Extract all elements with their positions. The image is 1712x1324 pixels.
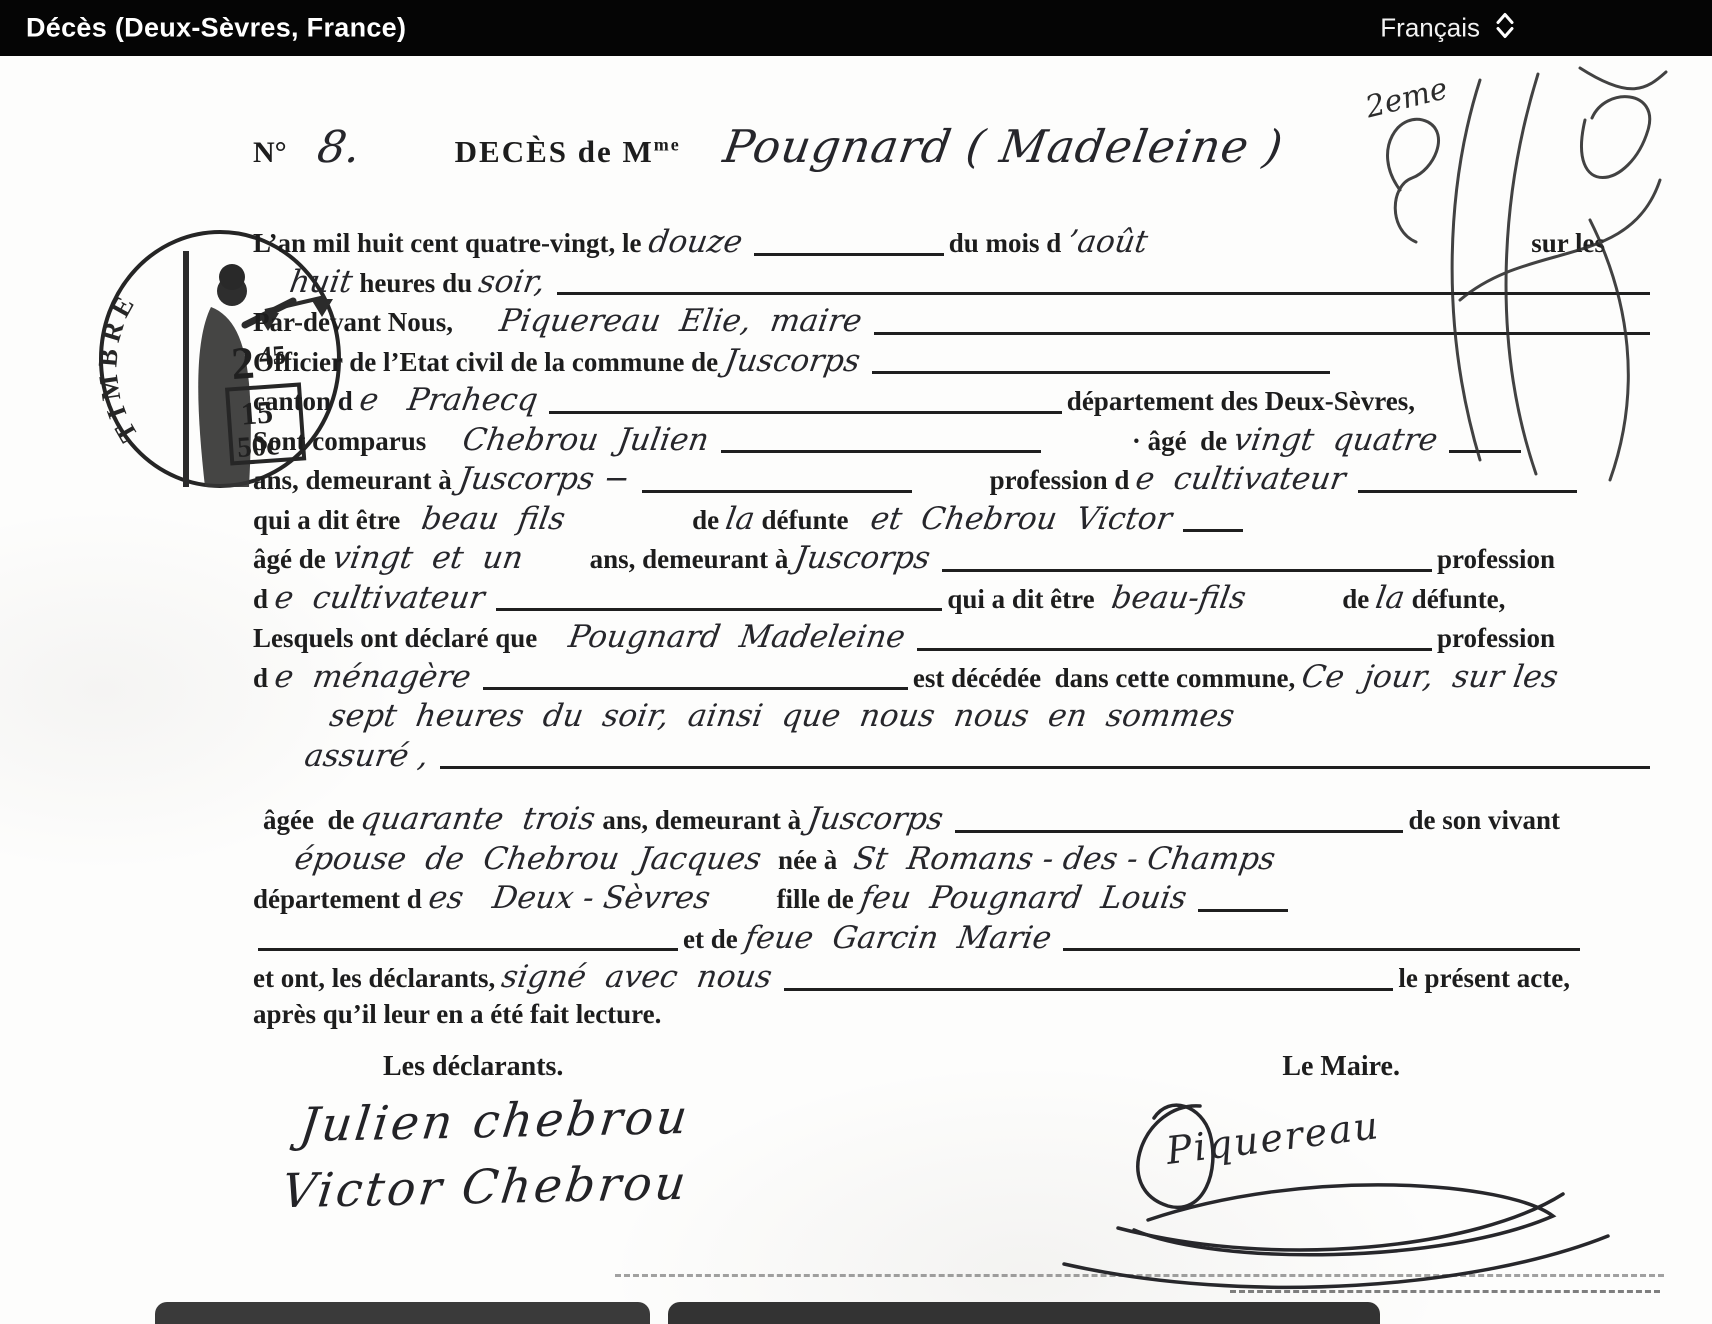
fill-rule-line — [1358, 490, 1577, 493]
document-line: canton de Prahecqdépartement des Deux-Sè… — [253, 382, 1655, 422]
corner-annotation-text: 2eme — [1361, 71, 1451, 125]
handwritten-entry-text: la — [716, 501, 764, 537]
document-line: et defeue Garcin Marie — [253, 920, 1655, 960]
printed-form-text: et de — [683, 924, 738, 955]
act-heading: DECÈS de Mme — [455, 134, 681, 170]
handwritten-entry-text: e cultivateur — [1127, 461, 1356, 497]
printed-form-text: qui a dit être — [253, 505, 400, 536]
printed-form-text: défunte — [762, 505, 849, 536]
printed-form-text: profession — [1437, 623, 1555, 654]
fill-rule-line — [496, 608, 942, 611]
document-line: ans, demeurant àJuscorps −profession de … — [253, 461, 1655, 501]
printed-form-text: ans, demeurant à — [602, 805, 801, 836]
handwritten-entry-text: vingt et un — [323, 540, 533, 576]
document-line: Par-devant Nous,Piquereau Elie, maire — [253, 303, 1655, 343]
document-line: âgée dequarante troisans, demeurant àJus… — [253, 801, 1655, 841]
document-line: sept heures du soir, ainsi que nous nous… — [253, 698, 1655, 738]
fill-rule-line — [1449, 450, 1521, 453]
printed-form-text: profession d — [990, 465, 1130, 496]
fill-rule-line — [721, 450, 1041, 453]
handwritten-entry-text: e cultivateur — [265, 580, 494, 616]
handwritten-entry-text: beau-fils — [1102, 580, 1255, 616]
document-line: département des Deux - Sèvresfille defeu… — [253, 880, 1655, 920]
handwritten-entry-text: feue Garcin Marie — [735, 920, 1061, 956]
handwritten-entry-text: ’août — [1058, 224, 1157, 260]
fill-rule-line — [1183, 529, 1243, 532]
fill-rule-line — [874, 332, 1650, 335]
document-line: Sont comparusChebrou Julien· âgé devingt… — [253, 422, 1655, 462]
fill-rule-line — [1198, 909, 1288, 912]
handwritten-entry-text: e Prahecq — [350, 382, 547, 418]
printed-form-text: Par-devant Nous, — [253, 307, 453, 338]
document-line: qui a dit êtrebeau filsdeladéfunteet Che… — [253, 501, 1655, 541]
fill-rule-line — [258, 948, 678, 951]
handwritten-entry-text: quarante trois — [352, 801, 606, 837]
fill-rule-line — [942, 569, 1432, 572]
handwritten-entry-text: signé avec nous — [492, 959, 781, 995]
printed-form-text: canton d — [253, 386, 353, 417]
printed-form-text: âgée de — [263, 805, 354, 836]
bottom-bar-button-left[interactable] — [155, 1302, 650, 1324]
fill-rule-line — [784, 988, 1393, 991]
document-line: âgé devingt et unans, demeurant àJuscorp… — [253, 540, 1655, 580]
handwritten-entry-text: St Romans - des - Champs — [844, 841, 1285, 877]
bottom-bar-button-right[interactable] — [668, 1302, 1380, 1324]
printed-form-text: heures du — [359, 268, 472, 299]
declarant-signature-1: Julien chebrou — [297, 1090, 693, 1153]
fill-rule-line — [557, 292, 1650, 295]
document-line: épouse de Chebrou Jacquesnée àSt Romans … — [253, 841, 1655, 881]
handwritten-entry-text: soir, — [469, 264, 554, 300]
printed-form-text: qui a dit être — [947, 584, 1094, 615]
printed-form-text: Officier de l’Etat civil de la commune d… — [253, 347, 718, 378]
language-selector[interactable]: Français — [1380, 12, 1516, 45]
declarant-signature-2: Victor Chebrou — [279, 1156, 693, 1220]
handwritten-entry-text: Chebrou Julien — [453, 422, 718, 458]
handwritten-entry-text: es Deux - Sèvres — [419, 880, 720, 916]
handwritten-entry-text: beau fils — [412, 501, 575, 537]
declarants-label: Les déclarants. — [383, 1051, 563, 1083]
printed-form-text: de — [1342, 584, 1369, 615]
printed-form-text: profession — [1437, 544, 1555, 575]
printed-form-text: après qu’il leur en a été fait lecture. — [253, 999, 661, 1030]
fill-rule-line — [955, 830, 1403, 833]
printed-form-text: · âgé de — [1132, 426, 1227, 457]
record-scan-page: 2eme TIMBRE 2 45 — [0, 56, 1712, 1324]
printed-form-text: de — [692, 505, 719, 536]
printed-form-text: du mois d — [949, 228, 1062, 259]
printed-form-text: département des Deux-Sèvres, — [1067, 386, 1415, 417]
document-body-lines: L’an mil huit cent quatre-vingt, ledouze… — [253, 224, 1655, 1038]
fill-rule-line — [483, 687, 908, 690]
handwritten-entry-text: douze — [639, 224, 752, 260]
handwritten-entry-text: et Chebrou Victor — [861, 501, 1181, 537]
document-line: et ont, les déclarants,signé avec nousle… — [253, 959, 1655, 999]
app-header-bar: Décès (Deux-Sèvres, France) Français — [0, 0, 1712, 56]
record-number-value: 8. — [307, 122, 371, 173]
printed-form-text: département d — [253, 884, 422, 915]
printed-form-text: Lesquels ont déclaré que — [253, 623, 537, 654]
declarant-signatures: Julien chebrou Victor Chebrou — [300, 1094, 690, 1215]
handwritten-entry-text: vingt quatre — [1224, 422, 1447, 458]
fill-rule-line — [754, 253, 944, 256]
fill-rule-line — [1063, 948, 1580, 951]
handwritten-entry-text: feu Pougnard Louis — [851, 880, 1196, 916]
handwritten-entry-text: épouse de Chebrou Jacques — [285, 841, 771, 877]
deceased-name-handwritten: Pougnard ( Madeleine ) — [713, 120, 1294, 173]
printed-form-text: L’an mil huit cent quatre-vingt, le — [253, 228, 642, 259]
printed-form-text: est décédée dans cette commune, — [913, 663, 1295, 694]
up-down-chevron-icon — [1494, 12, 1516, 45]
document-line: Lesquels ont déclaré quePougnard Madelei… — [253, 619, 1655, 659]
printed-form-text: née à — [778, 845, 837, 876]
handwritten-entry-text: sept heures du soir, ainsi que nous nous… — [320, 698, 1244, 734]
printed-form-text: et ont, les déclarants, — [253, 963, 495, 994]
handwritten-entry-text: Juscorps — [798, 801, 953, 837]
printed-form-text: sur les — [1531, 228, 1605, 259]
printed-form-text: âgé de — [253, 544, 326, 575]
printed-form-text: ans, demeurant à — [253, 465, 452, 496]
printed-form-text: défunte, — [1412, 584, 1506, 615]
act-title-row: N° 8. DECÈS de Mme Pougnard ( Madeleine … — [253, 120, 1373, 173]
fill-rule-line — [917, 648, 1432, 651]
handwritten-entry-text: Pougnard Madeleine — [559, 619, 914, 655]
printed-form-text: ans, demeurant à — [590, 544, 789, 575]
document-line: de ménagèreest décédée dans cette commun… — [253, 659, 1655, 699]
printed-form-text: de son vivant — [1408, 805, 1560, 836]
handwritten-entry-text: Juscorps — [715, 343, 870, 379]
document-line: L’an mil huit cent quatre-vingt, ledouze… — [253, 224, 1655, 264]
mayor-signature-flourish: Piquereau — [1048, 1078, 1628, 1300]
printed-form-text: Sont comparus — [253, 426, 426, 457]
fill-rule-line — [642, 490, 912, 493]
handwritten-entry-text: Juscorps − — [449, 461, 639, 497]
handwritten-entry-text: Ce jour, sur les — [1292, 659, 1567, 695]
document-line: Officier de l’Etat civil de la commune d… — [253, 343, 1655, 383]
printed-form-text: le présent acte, — [1398, 963, 1570, 994]
document-line: de cultivateurqui a dit êtrebeau-filsdel… — [253, 580, 1655, 620]
language-label: Français — [1380, 13, 1480, 44]
handwritten-entry-text: assuré , — [295, 738, 438, 774]
document-line: après qu’il leur en a été fait lecture. — [253, 999, 1655, 1039]
fill-rule-line — [872, 371, 1330, 374]
document-line: huitheures dusoir, — [253, 264, 1655, 304]
fill-rule-line — [549, 411, 1061, 414]
handwritten-entry-text: huit — [280, 264, 362, 300]
document-line: assuré , — [253, 738, 1655, 778]
handwritten-entry-text: Juscorps — [786, 540, 941, 576]
handwritten-entry-text: e ménagère — [265, 659, 480, 695]
handwritten-entry-text: Piquereau Elie, maire — [490, 303, 871, 339]
page-title: Décès (Deux-Sèvres, France) — [26, 13, 406, 44]
fill-rule-line — [440, 766, 1650, 769]
record-number-label: N° — [253, 136, 287, 170]
handwritten-entry-text: la — [1366, 580, 1414, 616]
printed-form-text: fille de — [777, 884, 854, 915]
